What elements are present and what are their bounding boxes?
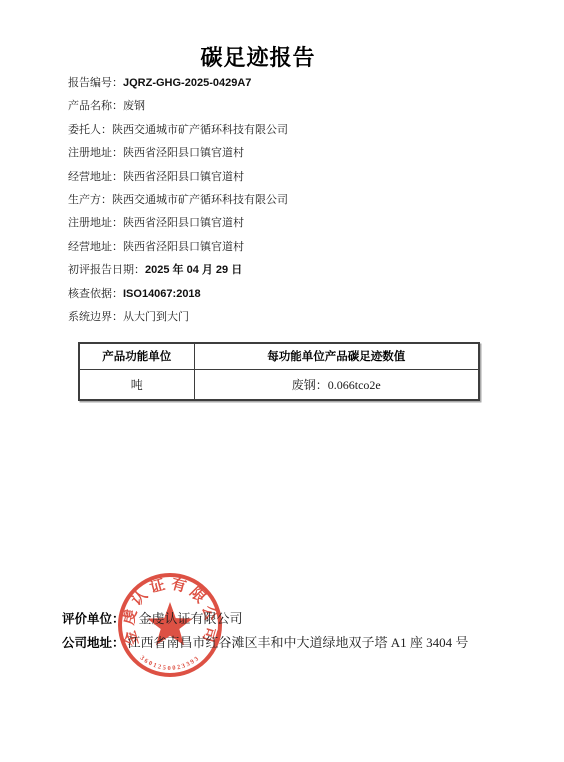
table-row: 吨 废钢：0.066tco2e <box>79 369 479 400</box>
field-value: ISO14067:2018 <box>123 288 201 300</box>
footer-label: 评价单位： <box>62 612 125 626</box>
info-line-client: 委托人：陕西交通城市矿产循环科技有限公司 <box>68 119 528 142</box>
field-label: 产品名称： <box>68 100 123 112</box>
field-label: 生产方： <box>68 194 112 206</box>
table-header-footprint: 每功能单位产品碳足迹数值 <box>194 343 479 369</box>
carbon-footprint-table: 产品功能单位 每功能单位产品碳足迹数值 吨 废钢：0.066tco2e <box>78 342 480 401</box>
table-cell-footprint: 废钢：0.066tco2e <box>194 369 479 400</box>
field-value: 陕西交通城市矿产循环科技有限公司 <box>112 194 288 206</box>
footer-block: 评价单位：金虔认证有限公司 公司地址：江西省南昌市红谷滩区丰和中大道绿地双子塔 … <box>62 607 542 655</box>
field-value: 陕西省泾阳县口镇官道村 <box>123 241 244 253</box>
field-value: 2025 年 04 月 29 日 <box>145 264 242 276</box>
field-value: JQRZ-GHG-2025-0429A7 <box>123 77 251 89</box>
info-line-report-date: 初评报告日期：2025 年 04 月 29 日 <box>68 259 528 282</box>
document-page: 碳足迹报告 报告编号：JQRZ-GHG-2025-0429A7 产品名称：废钢 … <box>0 0 564 762</box>
info-line-registered-address-2: 注册地址：陕西省泾阳县口镇官道村 <box>68 212 528 235</box>
footer-line-evaluator: 评价单位：金虔认证有限公司 <box>62 607 542 631</box>
info-line-producer: 生产方：陕西交通城市矿产循环科技有限公司 <box>68 189 528 212</box>
field-label: 系统边界： <box>68 311 123 323</box>
footer-value: 江西省南昌市红谷滩区丰和中大道绿地双子塔 A1 座 3404 号 <box>128 635 469 650</box>
info-line-system-boundary: 系统边界：从大门到大门 <box>68 306 528 329</box>
info-line-business-address-2: 经营地址：陕西省泾阳县口镇官道村 <box>68 236 528 259</box>
field-value: 从大门到大门 <box>123 311 189 323</box>
field-label: 经营地址： <box>68 241 123 253</box>
info-line-business-address: 经营地址：陕西省泾阳县口镇官道村 <box>68 166 528 189</box>
info-line-verification-basis: 核查依据：ISO14067:2018 <box>68 283 528 306</box>
field-value: 陕西省泾阳县口镇官道村 <box>123 147 244 159</box>
report-info-block: 报告编号：JQRZ-GHG-2025-0429A7 产品名称：废钢 委托人：陕西… <box>68 72 528 329</box>
field-label: 报告编号： <box>68 77 123 89</box>
field-label: 注册地址： <box>68 147 123 159</box>
footer-label: 公司地址： <box>62 636 125 650</box>
field-value: 陕西省泾阳县口镇官道村 <box>123 217 244 229</box>
field-label: 初评报告日期： <box>68 264 145 276</box>
info-line-report-no: 报告编号：JQRZ-GHG-2025-0429A7 <box>68 72 528 95</box>
field-label: 核查依据： <box>68 288 123 300</box>
table-header-unit: 产品功能单位 <box>79 343 194 369</box>
info-line-registered-address: 注册地址：陕西省泾阳县口镇官道村 <box>68 142 528 165</box>
field-label: 经营地址： <box>68 171 123 183</box>
info-line-product-name: 产品名称：废钢 <box>68 95 528 118</box>
table-cell-unit: 吨 <box>79 369 194 400</box>
page-title: 碳足迹报告 <box>0 41 516 72</box>
field-label: 注册地址： <box>68 217 123 229</box>
field-label: 委托人： <box>68 124 112 136</box>
field-value: 陕西交通城市矿产循环科技有限公司 <box>112 124 288 136</box>
footer-value: 金虔认证有限公司 <box>139 611 243 626</box>
footer-line-company-address: 公司地址：江西省南昌市红谷滩区丰和中大道绿地双子塔 A1 座 3404 号 <box>62 631 542 655</box>
field-value: 陕西省泾阳县口镇官道村 <box>123 171 244 183</box>
field-value: 废钢 <box>123 100 145 112</box>
table-header-row: 产品功能单位 每功能单位产品碳足迹数值 <box>79 343 479 369</box>
